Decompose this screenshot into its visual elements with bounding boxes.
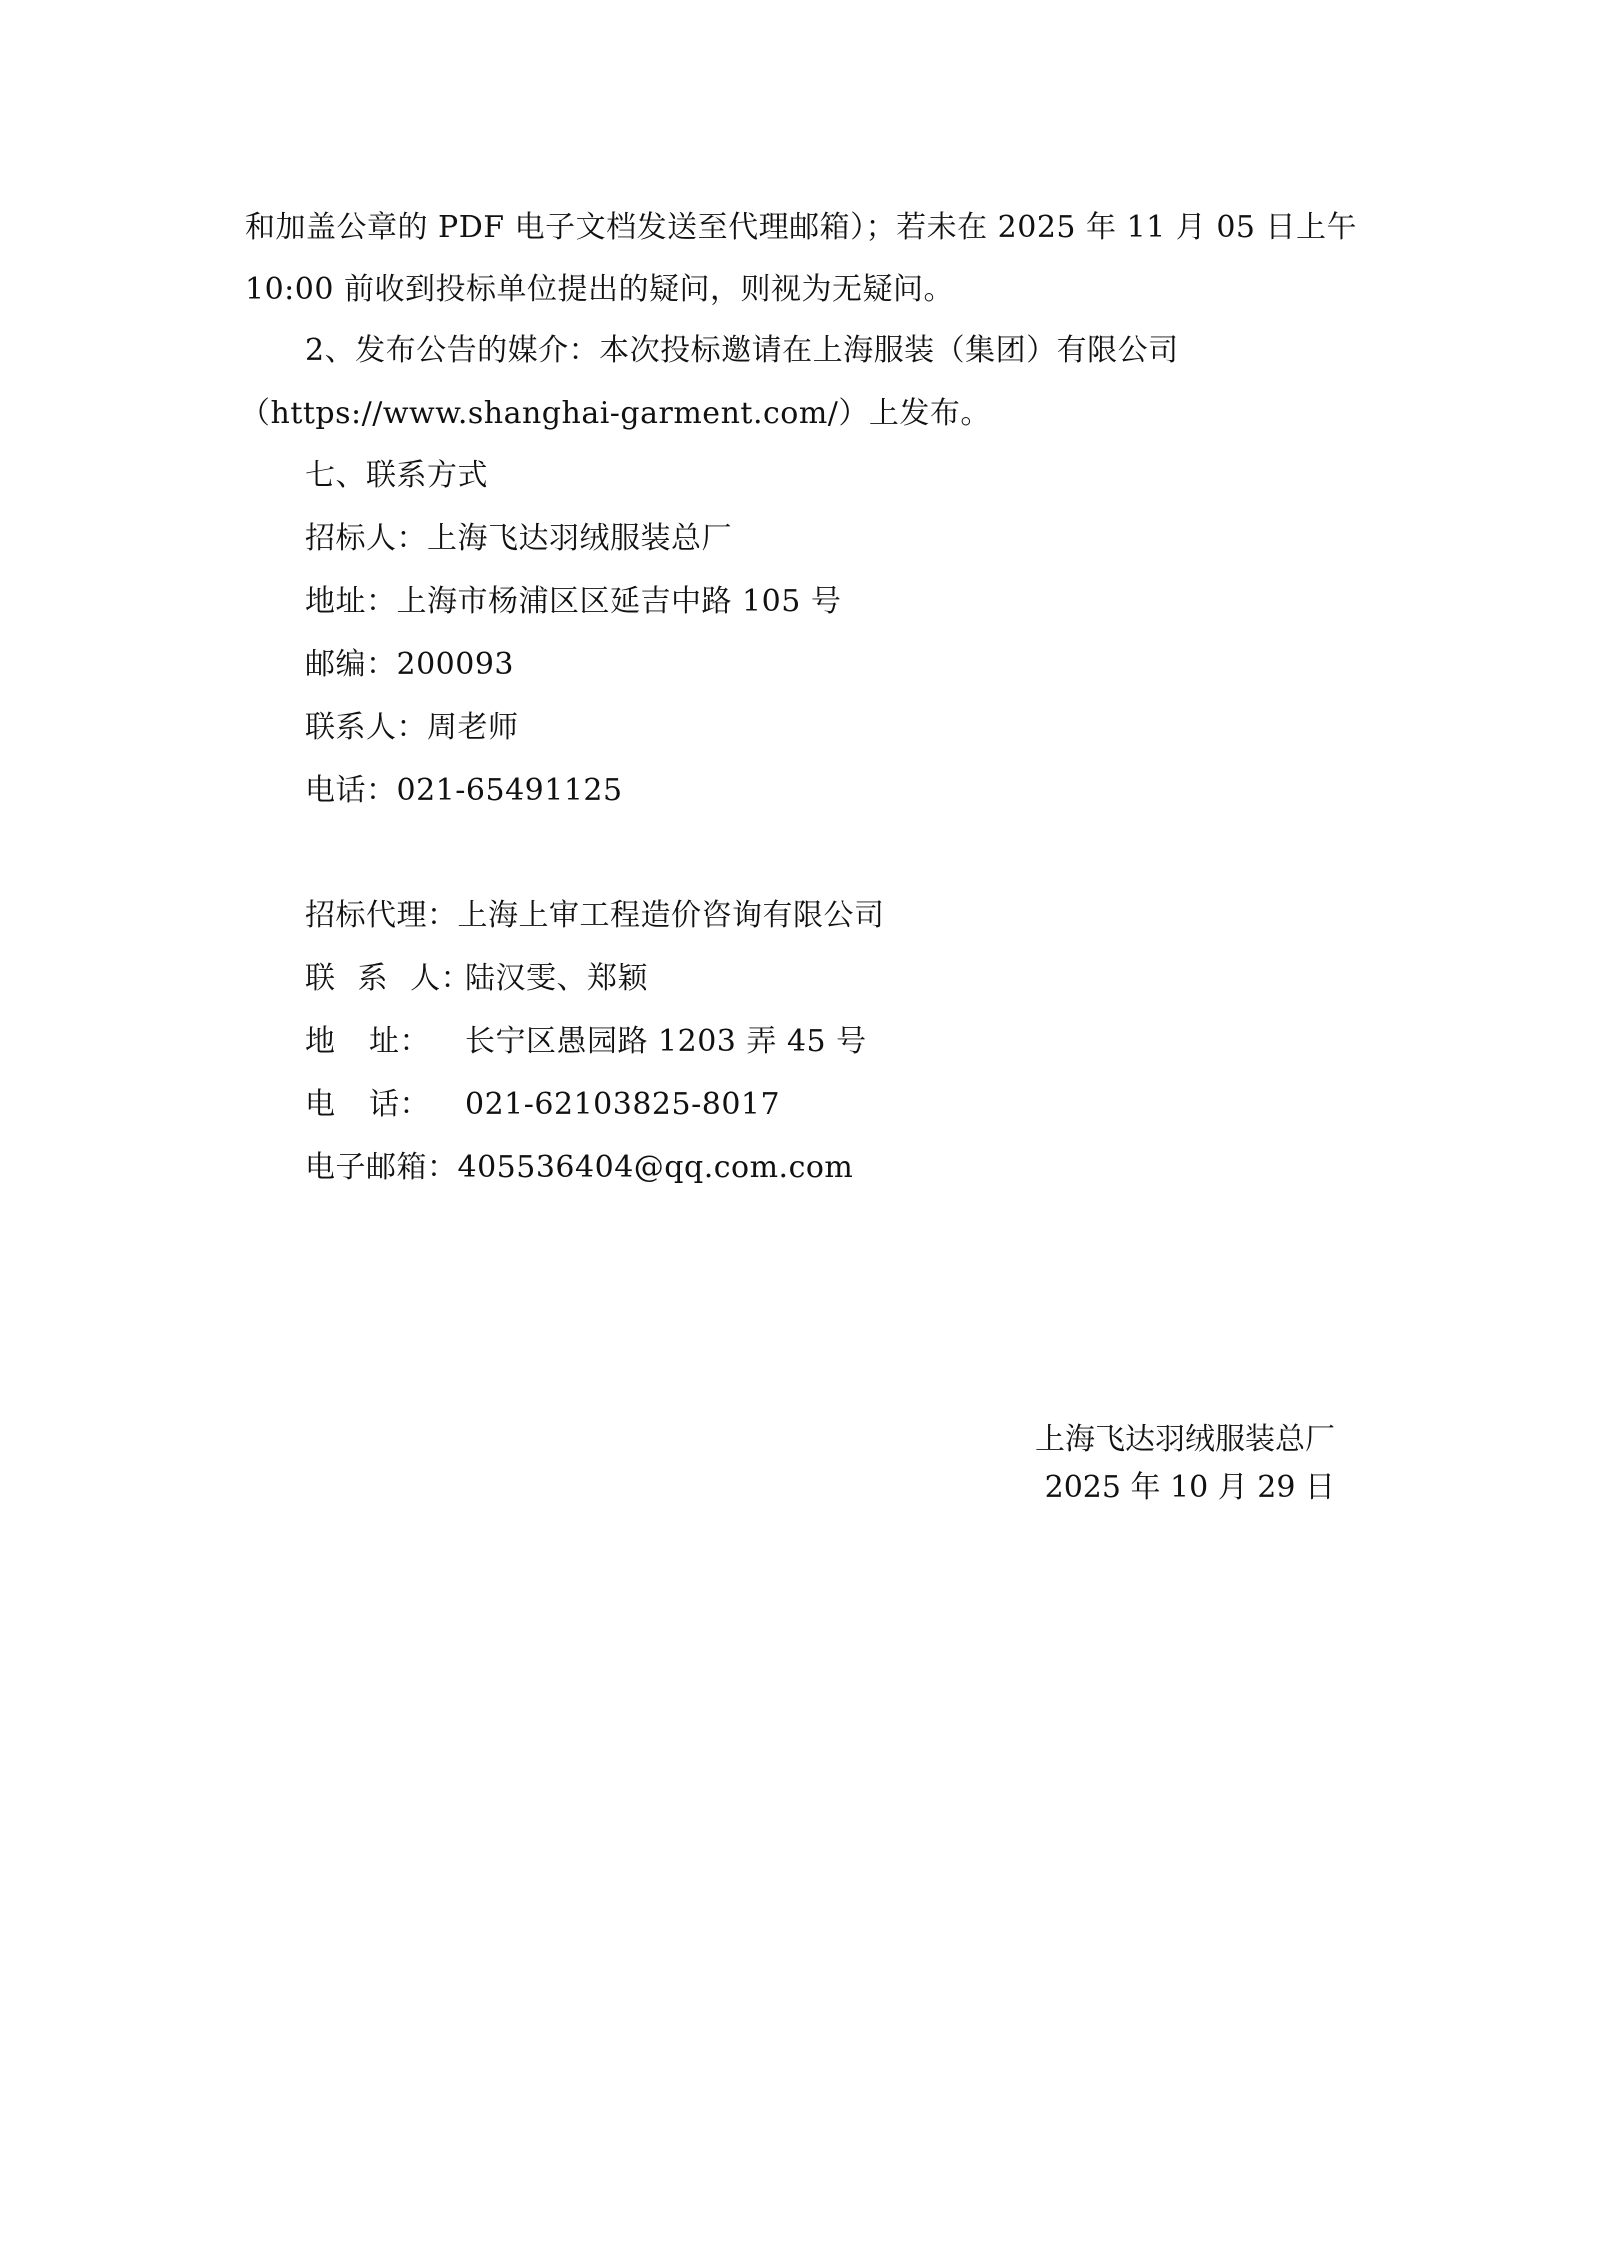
contact-person-row: 联系人：周老师 (305, 708, 519, 748)
agent-address-value: 长宁区愚园路 1203 弄 45 号 (465, 1024, 867, 1059)
tenderer-row: 招标人：上海飞达羽绒服装总厂 (305, 519, 732, 559)
postcode-row: 邮编：200093 (305, 645, 514, 685)
media-paragraph-suffix: 上发布。 (869, 396, 991, 431)
agent-email-row: 电子邮箱：405536404@qq.com.com (305, 1148, 853, 1188)
signature-organization: 上海飞达羽绒服装总厂 (1035, 1420, 1335, 1460)
phone-label: 电话： (305, 773, 397, 808)
agent-email-label: 电子邮箱： (305, 1150, 458, 1185)
phone-row: 电话：021-65491125 (305, 771, 623, 811)
tenderer-value: 上海飞达羽绒服装总厂 (427, 521, 732, 556)
agent-contact-person-label: 联 系 人： (305, 959, 465, 999)
agent-email-value[interactable]: 405536404@qq.com.com (458, 1150, 854, 1185)
tenderer-label: 招标人： (305, 521, 427, 556)
address-row: 地址：上海市杨浦区区延吉中路 105 号 (305, 582, 841, 622)
signature-date: 2025 年 10 月 29 日 (1045, 1468, 1335, 1508)
agent-contact-person-value: 陆汉雯、郑颖 (465, 961, 648, 996)
agent-address-label-a: 地 (305, 1022, 369, 1062)
agent-value: 上海上审工程造价咨询有限公司 (458, 898, 885, 933)
document-page: 和加盖公章的 PDF 电子文档发送至代理邮箱）；若未在 2025 年 11 月 … (0, 0, 1600, 2263)
paragraph-continued-line-2: 10:00 前收到投标单位提出的疑问，则视为无疑问。 (245, 270, 954, 310)
agent-address-row: 地址：长宁区愚园路 1203 弄 45 号 (305, 1022, 867, 1062)
agent-contact-person-row: 联 系 人：陆汉雯、郑颖 (305, 959, 648, 999)
agent-address-label-b: 址： (369, 1022, 465, 1062)
contact-person-label: 联系人： (305, 710, 427, 745)
paragraph-continued-line-1: 和加盖公章的 PDF 电子文档发送至代理邮箱）；若未在 2025 年 11 月 … (245, 208, 1357, 248)
contact-section-heading: 七、联系方式 (305, 456, 488, 496)
contact-person-value: 周老师 (427, 710, 519, 745)
postcode-label: 邮编： (305, 647, 397, 682)
media-paragraph-line-1: 2、发布公告的媒介：本次投标邀请在上海服装（集团）有限公司 (305, 331, 1179, 371)
postcode-value: 200093 (397, 647, 515, 682)
phone-value: 021-65491125 (397, 773, 623, 808)
address-value: 上海市杨浦区区延吉中路 105 号 (397, 584, 842, 619)
address-label: 地址： (305, 584, 397, 619)
agent-phone-label-a: 电 (305, 1085, 369, 1125)
agent-phone-value: 021-62103825-8017 (465, 1087, 780, 1122)
agent-label: 招标代理： (305, 898, 458, 933)
agent-phone-row: 电话：021-62103825-8017 (305, 1085, 780, 1125)
publication-url[interactable]: （https://www.shanghai-garment.com/） (240, 396, 869, 431)
media-paragraph-line-2: （https://www.shanghai-garment.com/）上发布。 (240, 394, 991, 434)
agent-row: 招标代理：上海上审工程造价咨询有限公司 (305, 896, 885, 936)
agent-phone-label-b: 话： (369, 1085, 465, 1125)
